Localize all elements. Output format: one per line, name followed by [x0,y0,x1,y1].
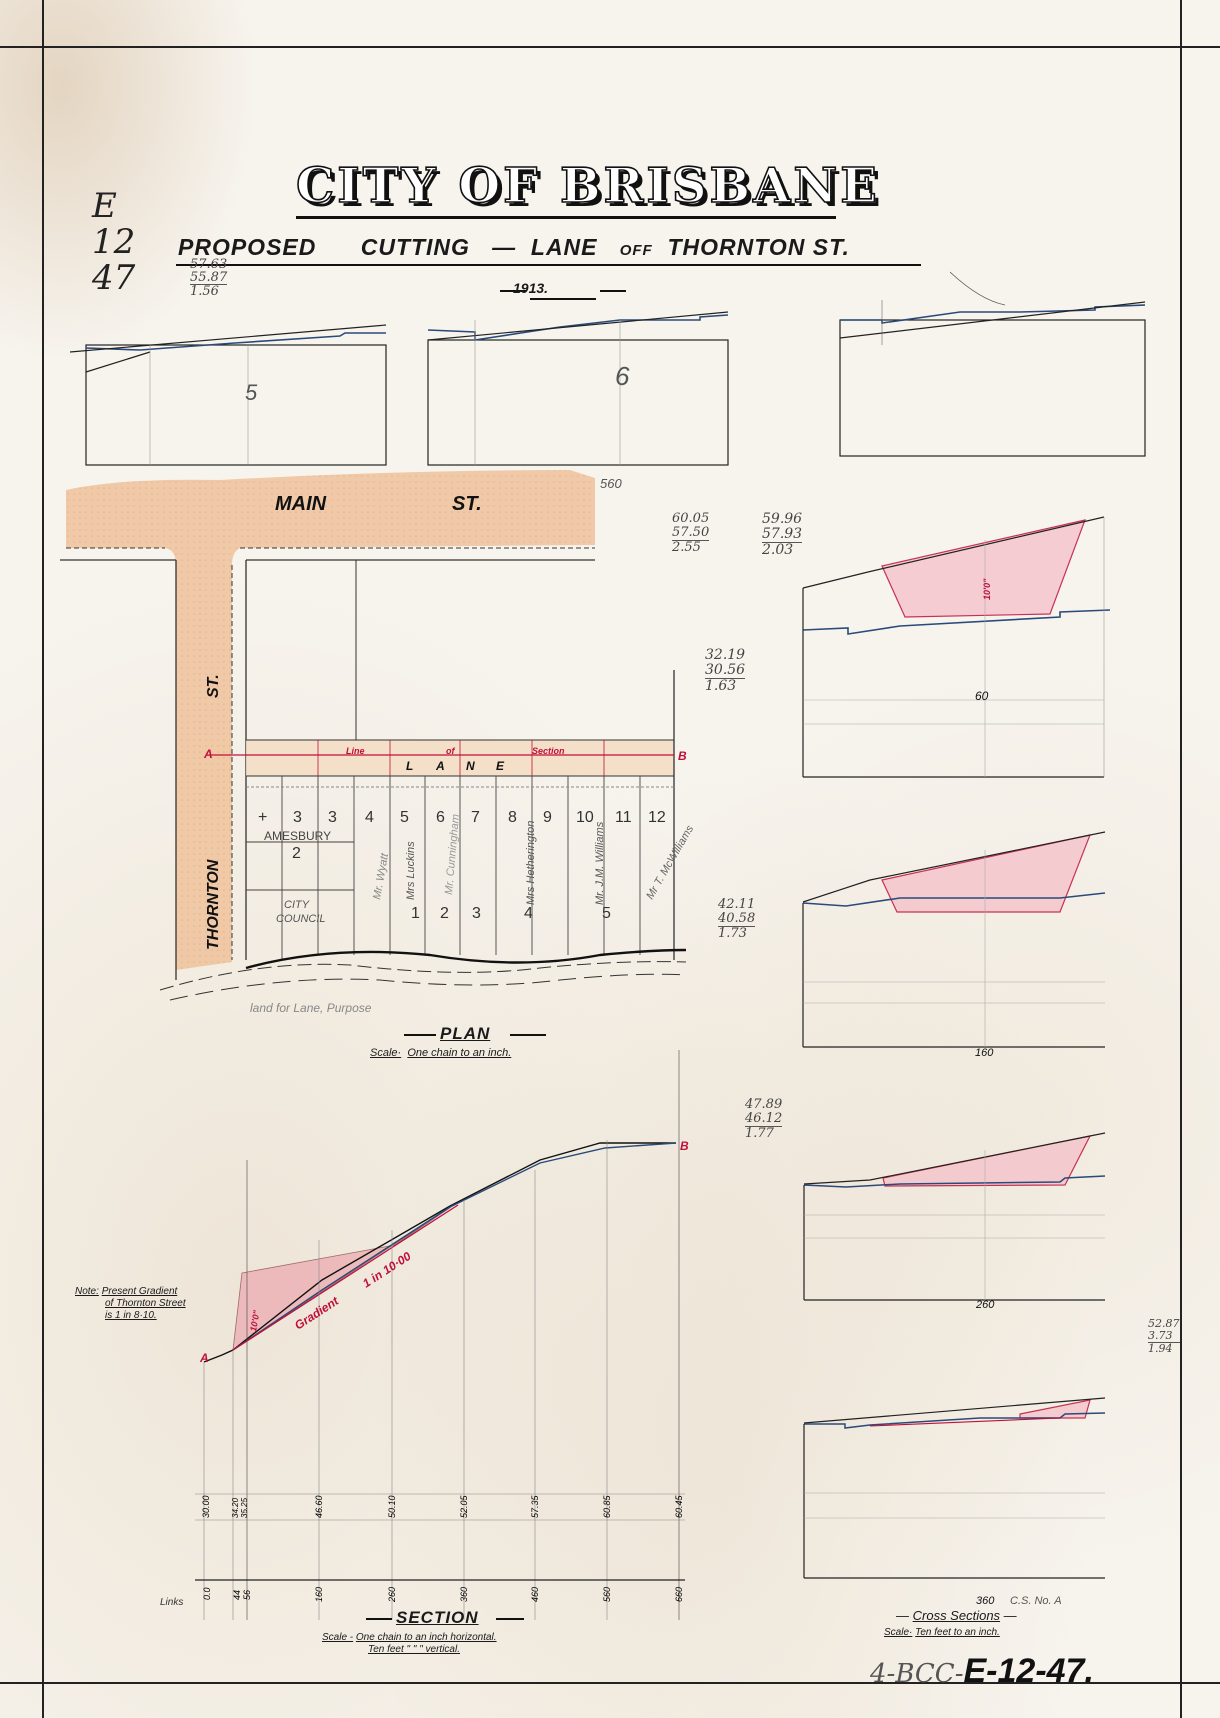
calc-cs3-a: 60.05 57.50 2.55 [672,512,709,555]
plan-scale: Scale· One chain to an inch. [370,1047,511,1059]
lot-number: 8 [508,809,517,826]
sub-lot-number: 2 [440,905,449,922]
owner-lot8: Mrs Hetherington [525,821,537,905]
section-heading-dash [496,1618,524,1620]
note-label: Note: [75,1286,99,1297]
section-heading: SECTION [396,1608,479,1628]
lot-number: + [258,809,267,826]
level: 30.00 [201,1495,211,1518]
scale-label: Scale· [884,1627,912,1638]
calc-cs3-c: 32.19 30.56 1.63 [705,648,745,694]
calc-line: 30.56 [705,663,745,678]
cross-section-4 [803,832,1105,1047]
section-scale: Scale - One chain to an inch horizontal.… [322,1632,497,1656]
scale-value: Ten feet to an inch. [915,1627,1000,1638]
plan-heading-dash [510,1034,546,1036]
plan-heading-dash [404,1034,436,1036]
drawing-sheet: CITY OF BRISBANE PROPOSED CUTTING — LANE… [0,0,1220,1718]
calc-cs3-b: 59.96 57.93 2.03 [762,512,802,558]
calc-line: 3.73 [1148,1330,1180,1342]
lot-number: 3 [293,809,302,826]
cs-number: 6 [615,361,630,391]
chainage: 56 [242,1590,252,1600]
owner-lot6: Mr. Cunningham [443,814,462,896]
section-point-a-label: A [199,1351,209,1365]
lot-number: 3 [328,809,337,826]
calc-cs-bottom: 52.87 3.73 1.94 [1148,1318,1180,1355]
owner-city-council: CITY [284,899,310,911]
section-point-a: A [203,747,213,761]
cross-sections-heading: — Cross Sections — [896,1608,1017,1623]
calc-line: 40.58 [718,912,755,926]
calc-line: 1.94 [1148,1342,1180,1355]
level: 60.85 [602,1494,612,1518]
lot-number: 10 [576,809,594,826]
cs-number: 5 [245,380,258,405]
scale-value: Ten feet " " " vertical. [368,1644,460,1655]
level: 57.35 [530,1494,540,1518]
line-of-section-text: of [446,746,455,756]
scale-value: One chain to an inch. [407,1047,511,1059]
line-of-section-text: Section [532,746,565,756]
chainage: 660 [674,1587,684,1602]
lot-number: 11 [615,809,632,826]
chainage: 360 [459,1587,469,1602]
lot-number: 6 [436,809,445,826]
cross-section-6 [428,312,728,465]
calc-cs2: 47.89 46.12 1.77 [745,1098,782,1141]
calc-line: 46.12 [745,1112,782,1126]
sub-lot-number: 3 [472,905,481,922]
links-label: Links [160,1597,183,1608]
section-point-b-label: B [680,1139,689,1153]
scale-value: One chain to an inch horizontal. [356,1632,497,1643]
calc-line: 47.89 [745,1098,782,1112]
main-st-label: MAIN [275,493,327,515]
cross-section-2 [804,1133,1105,1300]
owner-city-council: COUNCIL [276,913,326,925]
chainage: 160 [314,1587,324,1602]
calc-line: 2.03 [762,542,802,558]
section-point-b: B [678,749,687,763]
chainage: 0.0 [202,1587,212,1600]
note-line: of Thornton Street [105,1298,186,1309]
chainage: 44 [232,1590,242,1600]
owner-lot10: Mr. J.M. Williams [594,821,606,905]
level: 34.20 [231,1497,240,1518]
chainage: 560 [602,1587,612,1602]
scale-label: Scale - [322,1632,353,1643]
level: 60.45 [674,1494,684,1518]
cross-sections-scale: Scale· Ten feet to an inch. [884,1627,1000,1638]
calc-line: 1.77 [745,1126,782,1141]
note-line: is 1 in 8·10. [105,1310,157,1321]
cross-section-top-right [840,272,1145,456]
calc-line: 42.11 [718,898,755,912]
calc-line: 2.55 [672,540,709,555]
calc-line: 59.96 [762,512,802,527]
calc-cs4: 42.11 40.58 1.73 [718,898,755,941]
plan-drawing [60,470,686,1000]
calc-line: 57.50 [672,526,709,540]
level: 52.05 [459,1494,469,1518]
chainage: 460 [530,1587,540,1602]
section-labels: A B Gradient 1 in 10·00 10'0" Links 0.0 … [160,1139,689,1608]
calc-line: 1.63 [705,678,745,694]
calc-line: 32.19 [705,648,745,663]
cs-chainage: 260 [975,1299,995,1311]
sub-lot-number: 1 [411,905,420,922]
level: 50.10 [387,1495,397,1518]
note-line: Present Gradient [102,1286,178,1297]
lane-letter: L [406,759,413,773]
cross-section-bottom [804,1398,1105,1578]
gradient-note: Note: Present Gradient of Thornton Stree… [75,1286,186,1322]
calc-line: 57.93 [762,527,802,542]
owner-lot12: Mr T. McWilliams [644,823,696,901]
lot-number: 5 [400,809,409,826]
level: 46.60 [314,1495,324,1518]
plan-heading: PLAN [440,1024,490,1044]
owner-amesbury: AMESBURY [264,829,331,843]
chainage: 260 [387,1587,397,1603]
lane-letter: N [466,759,475,773]
margin-note: land for Lane, Purpose [250,1001,372,1015]
scale-label: Scale· [370,1047,401,1059]
drawing-canvas: MAIN ST. THORNTON ST. A B Line of Sectio… [0,0,1220,1718]
longitudinal-section [195,1050,685,1620]
drawing-number: 4-BCC-E-12-47. [870,1652,1094,1691]
lane-letter: E [496,759,505,773]
cross-sections-title: Cross Sections [913,1608,1000,1623]
cross-section-3 [803,517,1110,777]
calc-line: 1.73 [718,926,755,941]
main-st-suffix: ST. [452,493,482,515]
calc-line: 60.05 [672,512,709,526]
drawing-number-stamped: E-12-47. [964,1652,1094,1690]
owner-lot5: Mrs Luckins [405,841,417,900]
level: 35.25 [240,1497,249,1518]
street-wash [66,470,595,970]
amesbury-lot: 2 [292,845,301,862]
sub-lot-number: 4 [524,905,533,922]
cs-chainage: 360 [976,1595,995,1607]
cs-bottom-note: C.S. No. A [1010,1595,1062,1607]
owner-lot4: Mr. Wyatt [371,852,391,901]
sub-lot-number: 5 [602,905,611,922]
lot-number: 12 [648,809,666,826]
lot-number: 4 [365,809,374,826]
line-of-section-text: Line [346,746,365,756]
cross-section-5 [70,325,386,465]
cs-cut-depth: 10'0" [982,578,992,600]
lot-number: 7 [471,809,480,826]
thornton-st-label: THORNTON [205,859,222,950]
cs-chainage: 160 [975,1047,994,1059]
thornton-st-suffix: ST. [205,674,222,698]
cs-plan-chainage: 560 [600,476,622,491]
drawing-number-handwritten: 4-BCC- [870,1659,964,1689]
lane-letter: A [435,759,445,773]
lot-number: 9 [543,809,552,826]
cs-chainage: 60 [975,689,989,703]
section-heading-dash [366,1618,392,1620]
